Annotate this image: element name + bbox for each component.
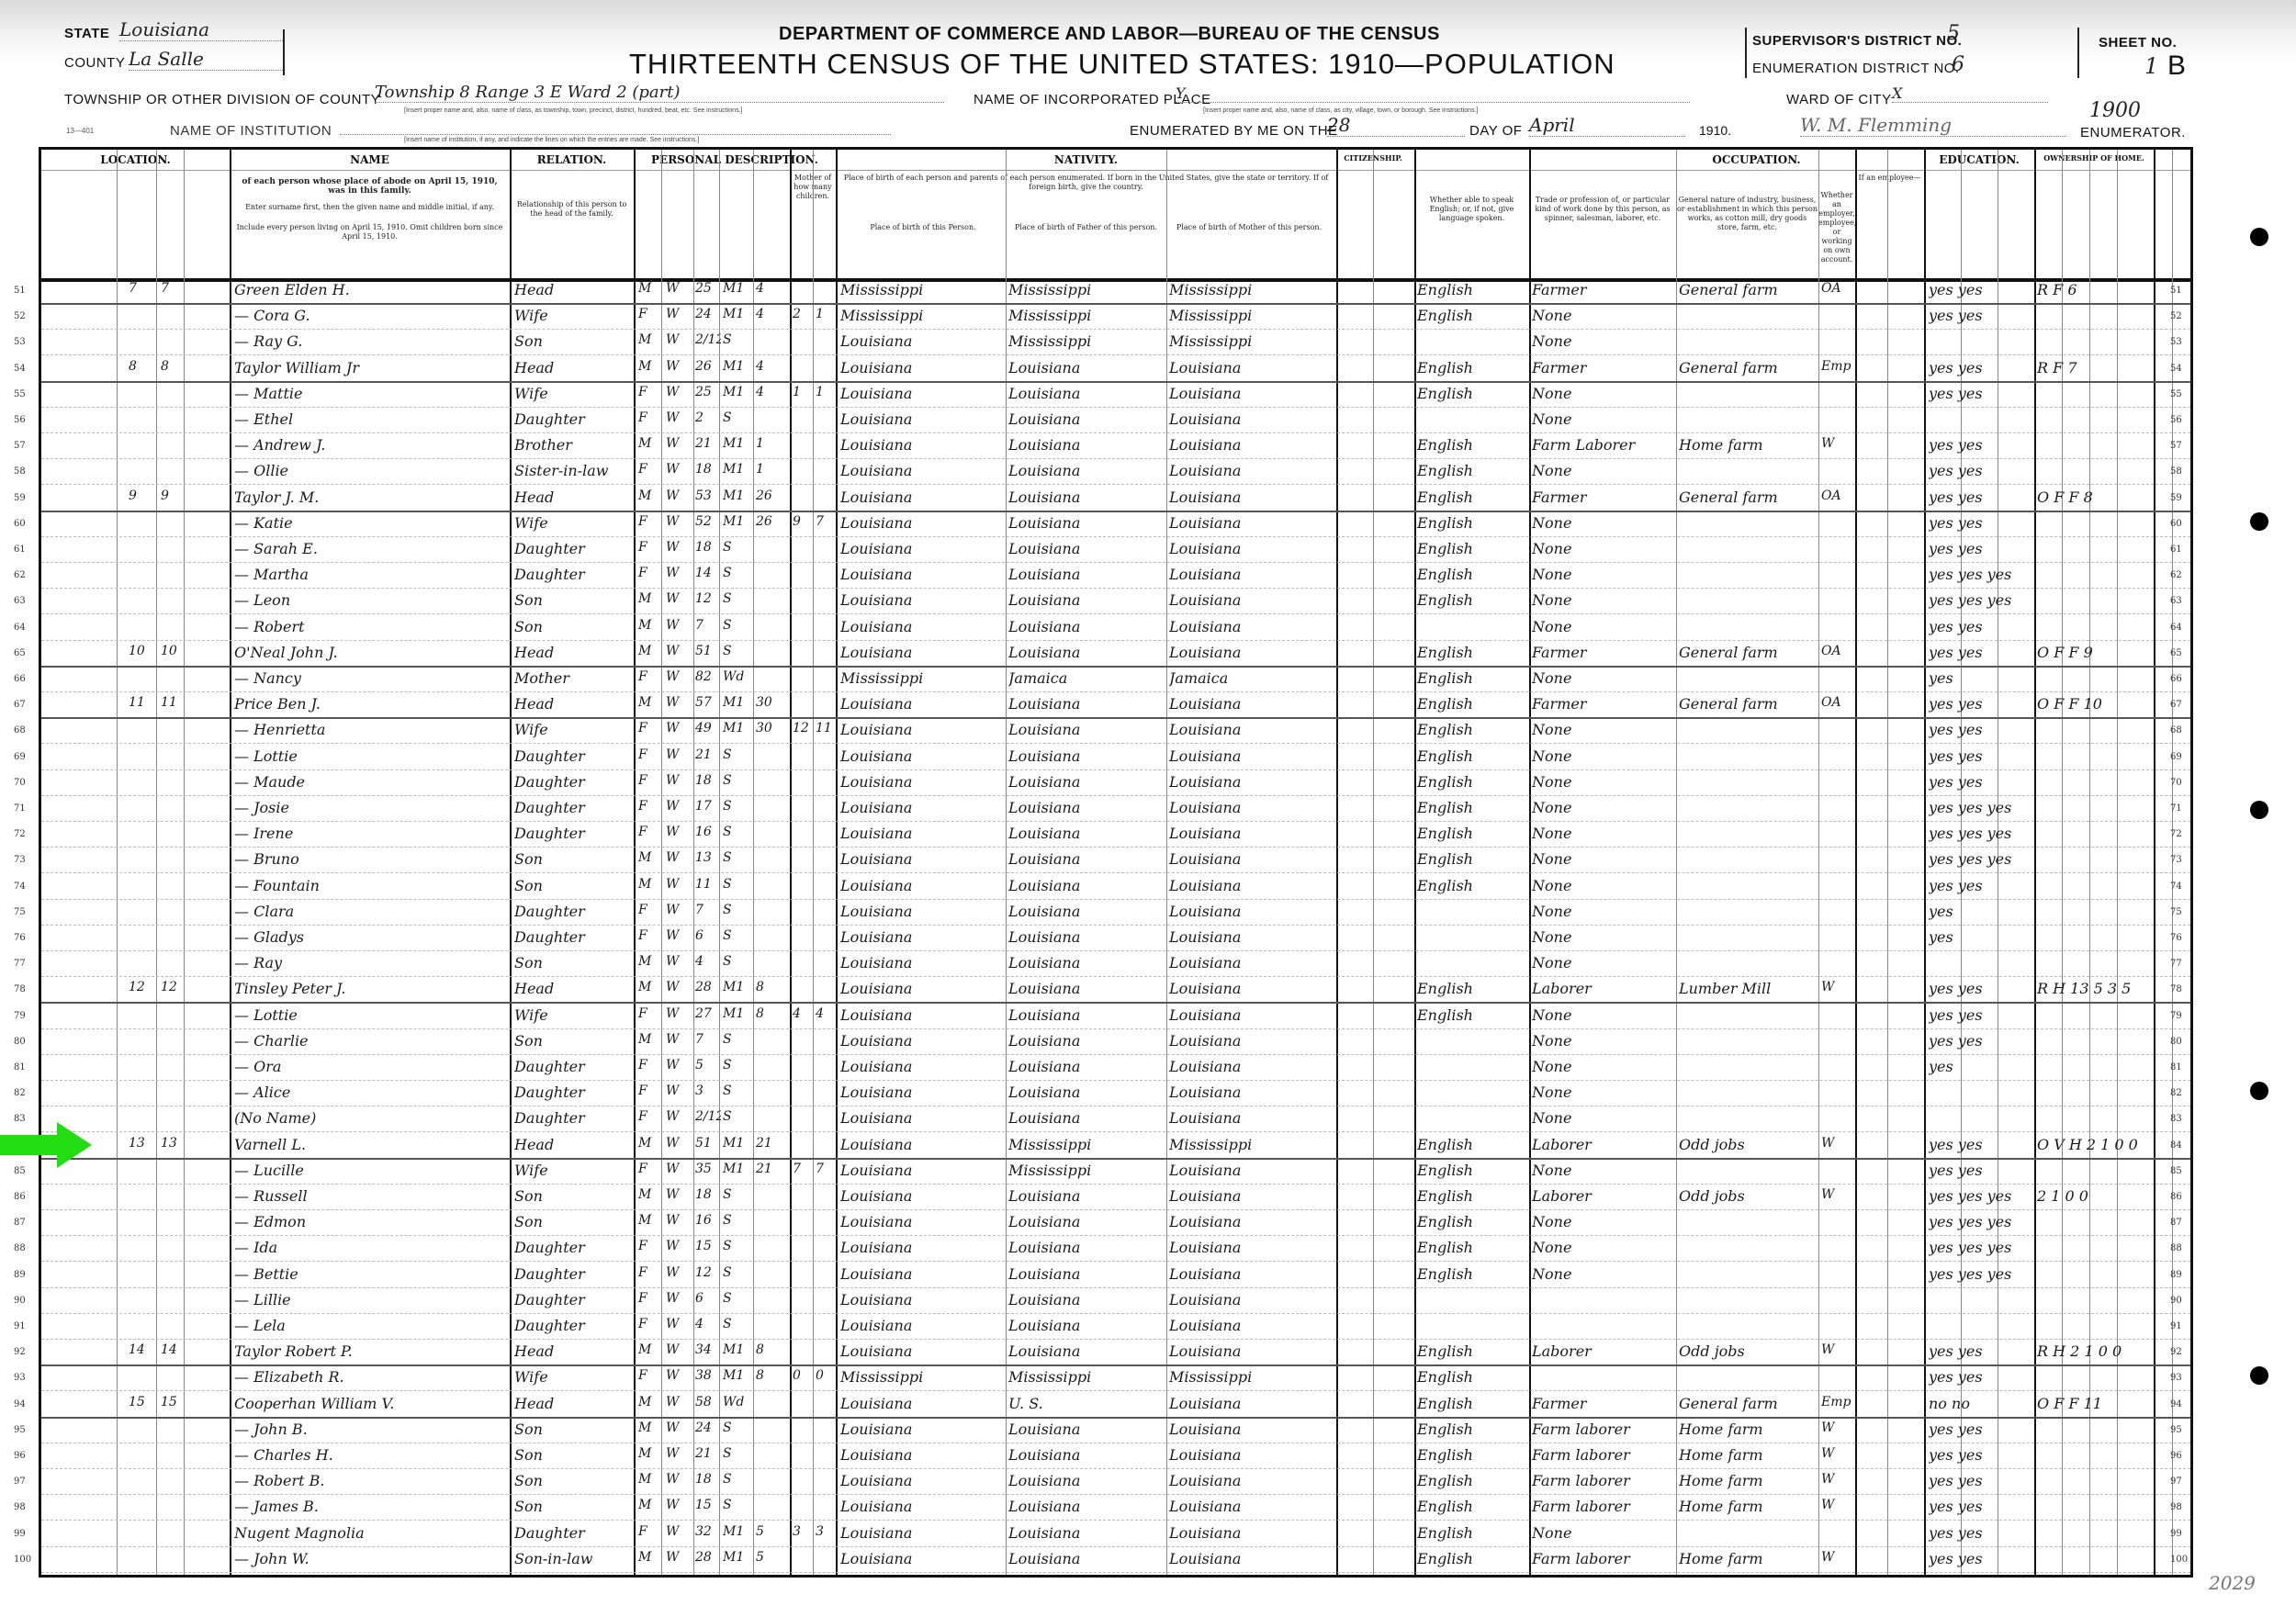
cell-edu: yes yes [1929,721,2032,738]
form-number: 13—401 [66,127,94,135]
cell-name: — Martha [234,566,510,583]
cell-name: — Ollie [234,462,510,479]
cell-lang: English [1417,359,1527,376]
section-occupation: OCCUPATION. [1529,153,1984,166]
cell-sex: F [638,566,660,580]
cell-edu: yes yes [1929,644,2032,661]
cell-own: R F 6 [2037,281,2155,298]
cell-trade: None [1532,618,1674,635]
cell-edu: yes yes [1929,488,2032,506]
cell-mbp: Louisiana [1169,488,1334,506]
cell-bp: Louisiana [840,1446,1004,1464]
district-brace [1745,28,1747,78]
employer-desc: Whether an employer, employee, or workin… [1818,191,1855,264]
line-number: 96 [2170,1451,2182,1461]
cell-name: — Ida [234,1239,510,1256]
cell-bp: Louisiana [840,514,1004,532]
section-location: LOCATION. [41,153,230,166]
cell-edu: yes yes yes [1929,825,2032,842]
cell-fbp: Louisiana [1008,1472,1165,1489]
cell-bp: Louisiana [840,721,1004,738]
line-number: 98 [2170,1502,2182,1512]
cell-ind: Lumber Mill [1679,980,1817,997]
cell-trade: None [1532,385,1674,402]
cell-bp: Louisiana [840,410,1004,428]
cell-yrs: 4 [756,385,787,399]
table-row: 7272— IreneDaughterFW16SLouisianaLouisia… [41,822,2190,848]
cell-fbp: Louisiana [1008,1317,1165,1334]
line-number: 65 [14,648,26,658]
cell-race: W [666,799,692,814]
cell-emp: W [1821,1498,1854,1512]
cell-emp: OA [1821,488,1854,503]
line-number: 58 [2170,466,2182,477]
cell-name: O'Neal John J. [234,644,510,661]
cell-trade: None [1532,540,1674,557]
cell-fam: 10 [161,644,183,658]
table-row: 545488Taylor William JrHeadMW26M14Louisi… [41,356,2190,383]
cell-age: 49 [695,721,721,736]
table-row: 8181— OraDaughterFW5SLouisianaLouisianaL… [41,1055,2190,1081]
cell-lang: English [1417,1162,1527,1179]
cell-emp: W [1821,1342,1854,1357]
line-number: 60 [2170,519,2182,529]
cell-edu: yes yes [1929,773,2032,791]
cell-ms: M1 [723,980,752,994]
cell-trade: None [1532,799,1674,816]
cell-lang: English [1417,1446,1527,1464]
cell-lang: English [1417,980,1527,997]
cell-fbp: Mississippi [1008,332,1165,350]
line-number: 66 [14,674,26,684]
name-desc: of each person whose place of abode on A… [234,177,505,196]
cell-ms: S [723,1058,752,1072]
cell-edu: yes yes [1929,1420,2032,1438]
cell-bp: Louisiana [840,488,1004,506]
cell-fbp: Louisiana [1008,954,1165,971]
cell-ms: M1 [723,514,752,529]
cell-name: Taylor J. M. [234,488,510,506]
township-value: Township 8 Range 3 E Ward 2 (part) [375,83,944,103]
cell-ind: General farm [1679,1395,1817,1412]
line-number: 69 [14,752,26,762]
line-number: 75 [14,907,26,917]
cell-rel: Daughter [514,566,632,583]
cell-trade: Farmer [1532,1395,1674,1412]
cell-age: 58 [695,1395,721,1409]
cell-race: W [666,877,692,892]
birth-mother-desc: Place of birth of Mother of this person. [1166,223,1332,232]
cell-rel: Son [514,1446,632,1464]
table-row: 8282— AliceDaughterFW3SLouisianaLouisian… [41,1081,2190,1106]
cell-rel: Head [514,980,632,997]
state-label: STATE [64,26,109,41]
section-nativity: NATIVITY. [836,153,1336,166]
cell-name: — Robert [234,618,510,635]
line-number: 92 [14,1347,26,1357]
cell-bp: Louisiana [840,359,1004,376]
cell-fbp: Louisiana [1008,514,1165,532]
cell-bp: Mississippi [840,281,1004,298]
punch-hole-icon [2250,228,2268,246]
cell-fbp: Louisiana [1008,695,1165,713]
cell-ind: General farm [1679,644,1817,661]
cell-yrs: 5 [756,1524,787,1539]
cell-edu: yes yes yes [1929,850,2032,868]
cell-name: Nugent Magnolia [234,1524,510,1542]
line-number: 81 [14,1062,26,1072]
line-number: 68 [2170,725,2182,736]
cell-sex: M [638,850,660,865]
cell-sex: F [638,307,660,321]
cell-trade: Farmer [1532,359,1674,376]
cell-race: W [666,1291,692,1306]
cell-age: 6 [695,928,721,943]
cell-lang: English [1417,591,1527,609]
cell-edu: yes yes yes [1929,591,2032,609]
line-number: 86 [14,1192,26,1202]
line-number: 82 [2170,1088,2182,1098]
cell-lang: English [1417,436,1527,454]
cell-mbp: Louisiana [1169,1109,1334,1127]
cell-mbp: Louisiana [1169,1498,1334,1515]
cell-bp: Louisiana [840,1187,1004,1205]
enumerated-month: April [1529,114,1685,137]
cell-rel: Son [514,850,632,868]
cell-fam: 11 [161,695,183,710]
ward-value: X [1892,84,2048,103]
cell-lang: English [1417,540,1527,557]
cell-name: — Lillie [234,1291,510,1308]
cell-ind: Home farm [1679,1420,1817,1438]
cell-age: 14 [695,566,721,580]
cell-sex: F [638,1239,660,1253]
cell-fbp: Louisiana [1008,644,1165,661]
cell-ms: S [723,540,752,555]
cell-sex: F [638,385,660,399]
cell-dw: 11 [129,695,154,710]
cell-fbp: Louisiana [1008,1032,1165,1050]
line-number: 55 [2170,389,2182,399]
cell-born: 1 [793,385,813,399]
cell-name: — James B. [234,1498,510,1515]
cell-ms: M1 [723,1550,752,1565]
cell-lang: English [1417,488,1527,506]
cell-mbp: Louisiana [1169,540,1334,557]
cell-edu: yes yes yes [1929,1265,2032,1283]
cell-lang: English [1417,799,1527,816]
cell-mbp: Louisiana [1169,1084,1334,1101]
cell-ms: S [723,1213,752,1228]
cell-trade: None [1532,566,1674,583]
cell-sex: M [638,1395,660,1409]
cell-age: 57 [695,695,721,710]
cell-sex: F [638,721,660,736]
cell-ms: S [723,566,752,580]
cell-lang: English [1417,1420,1527,1438]
cell-ind: Home farm [1679,1472,1817,1489]
cell-rel: Daughter [514,1291,632,1308]
cell-fbp: Louisiana [1008,721,1165,738]
line-number: 54 [14,364,26,374]
cell-name: — Andrew J. [234,436,510,454]
cell-mbp: Louisiana [1169,850,1334,868]
cell-sex: F [638,903,660,917]
cell-edu: yes [1929,928,2032,946]
cell-race: W [666,1420,692,1435]
cell-yrs: 8 [756,1342,787,1357]
cell-yrs: 30 [756,695,787,710]
cell-ind: Home farm [1679,1498,1817,1515]
cell-ms: S [723,799,752,814]
line-number: 91 [2170,1321,2182,1331]
cell-ms: S [723,1317,752,1331]
cell-age: 21 [695,1446,721,1461]
table-row: 6161— Sarah E.DaughterFW18SLouisianaLoui… [41,537,2190,563]
line-number: 51 [14,286,26,296]
cell-race: W [666,1265,692,1280]
table-row: 6868— HenriettaWifeFW49M1301211Louisiana… [41,718,2190,744]
cell-edu: yes yes [1929,385,2032,402]
cell-sex: F [638,514,660,529]
cell-living: 1 [816,307,834,321]
cell-yrs: 4 [756,281,787,296]
cell-bp: Louisiana [840,1395,1004,1412]
cell-age: 12 [695,591,721,606]
cell-race: W [666,721,692,736]
cell-name: Green Elden H. [234,281,510,298]
sheet-side: B [2167,51,2186,82]
table-row: 9797— Robert B.SonMW18SLouisianaLouisian… [41,1469,2190,1495]
cell-rel: Daughter [514,928,632,946]
cell-race: W [666,566,692,580]
table-row: 7474— FountainSonMW11SLouisianaLouisiana… [41,874,2190,900]
cell-name: — Mattie [234,385,510,402]
cell-ms: S [723,1265,752,1280]
cell-yrs: 5 [756,1550,787,1565]
cell-fbp: Louisiana [1008,1265,1165,1283]
cell-edu: yes yes [1929,618,2032,635]
cell-sex: M [638,1213,660,1228]
cell-sex: F [638,747,660,762]
cell-fbp: Louisiana [1008,877,1165,894]
cell-yrs: 1 [756,462,787,477]
cell-ms: M1 [723,695,752,710]
cell-lang: English [1417,825,1527,842]
cell-age: 21 [695,747,721,762]
cell-ms: S [723,1084,752,1098]
cell-sex: F [638,1162,660,1176]
enumerated-day: 28 [1327,114,1465,137]
cell-race: W [666,385,692,399]
cell-bp: Louisiana [840,1420,1004,1438]
cell-edu: yes yes [1929,1524,2032,1542]
line-number: 95 [14,1425,26,1435]
cell-edu: yes yes [1929,514,2032,532]
cell-sex: F [638,462,660,477]
cell-fbp: Louisiana [1008,1524,1165,1542]
cell-bp: Louisiana [840,1550,1004,1567]
cell-yrs: 1 [756,436,787,451]
cell-bp: Louisiana [840,1162,1004,1179]
cell-ms: S [723,877,752,892]
line-number: 72 [2170,829,2182,839]
cell-born: 3 [793,1524,813,1539]
cell-edu: yes yes [1929,1446,2032,1464]
cell-rel: Son-in-law [514,1550,632,1567]
line-number: 89 [2170,1270,2182,1280]
cell-race: W [666,1006,692,1021]
institution-label: NAME OF INSTITUTION [170,123,332,139]
line-number: 56 [14,415,26,425]
cell-age: 4 [695,954,721,969]
cell-lang: English [1417,1342,1527,1360]
cell-living: 1 [816,385,834,399]
cell-lang: English [1417,721,1527,738]
cell-age: 16 [695,825,721,839]
cell-trade: None [1532,903,1674,920]
cell-trade: None [1532,1006,1674,1024]
cell-mbp: Louisiana [1169,954,1334,971]
cell-bp: Louisiana [840,1213,1004,1230]
cell-sex: M [638,954,660,969]
line-number: 74 [14,881,26,892]
table-row: 7777— RaySonMW4SLouisianaLouisianaLouisi… [41,951,2190,977]
cell-race: W [666,954,692,969]
cell-rel: Head [514,644,632,661]
cell-rel: Wife [514,385,632,402]
line-number: 100 [14,1555,31,1565]
line-number: 51 [2170,286,2182,296]
cell-bp: Louisiana [840,436,1004,454]
line-number: 57 [14,441,26,451]
cell-rel: Daughter [514,540,632,557]
cell-rel: Head [514,1395,632,1412]
cell-mbp: Mississippi [1169,1136,1334,1153]
cell-age: 7 [695,1032,721,1047]
cell-name: — Ethel [234,410,510,428]
cell-name: — Charles H. [234,1446,510,1464]
cell-ind: Home farm [1679,1550,1817,1567]
cell-fbp: Louisiana [1008,928,1165,946]
cell-fam: 9 [161,488,183,503]
cell-rel: Son [514,1420,632,1438]
cell-fbp: Mississippi [1008,1136,1165,1153]
cell-rel: Son [514,954,632,971]
cell-lang: English [1417,1239,1527,1256]
cell-bp: Louisiana [840,695,1004,713]
enumerated-label: ENUMERATED BY ME ON THE [1130,123,1338,139]
line-number: 63 [2170,596,2182,606]
cell-edu: yes yes [1929,1550,2032,1567]
line-number: 64 [14,623,26,633]
cell-mbp: Louisiana [1169,1032,1334,1050]
line-number: 93 [2170,1373,2182,1383]
cell-mbp: Louisiana [1169,644,1334,661]
cell-edu: yes yes [1929,540,2032,557]
cell-mbp: Mississippi [1169,281,1334,298]
cell-trade: None [1532,850,1674,868]
birth-father-desc: Place of birth of Father of this person. [1006,223,1166,232]
cell-fbp: Louisiana [1008,540,1165,557]
footer-number: 2029 [2209,1572,2256,1594]
cell-ms: S [723,1472,752,1487]
cell-name: — Bettie [234,1265,510,1283]
cell-race: W [666,644,692,658]
cell-name: — Russell [234,1187,510,1205]
cell-lang: English [1417,1213,1527,1230]
cell-fbp: Louisiana [1008,1058,1165,1075]
cell-mbp: Mississippi [1169,332,1334,350]
cell-bp: Louisiana [840,1239,1004,1256]
cell-age: 38 [695,1368,721,1383]
cell-trade: None [1532,332,1674,350]
cell-living: 4 [816,1006,834,1021]
cell-trade: None [1532,928,1674,946]
cell-ms: S [723,1187,752,1202]
cell-ms: Wd [723,1395,752,1409]
header-brace [283,29,285,75]
cell-sex: M [638,1446,660,1461]
cell-rel: Daughter [514,1084,632,1101]
cell-sex: F [638,928,660,943]
cell-bp: Louisiana [840,1317,1004,1334]
cell-sex: M [638,1498,660,1512]
trade-desc: Trade or profession of, or particular ki… [1534,196,1671,223]
cell-lang: English [1417,514,1527,532]
cell-trade: None [1532,1032,1674,1050]
cell-ms: M1 [723,1162,752,1176]
cell-rel: Wife [514,307,632,324]
cell-rel: Daughter [514,1239,632,1256]
cell-fam: 14 [161,1342,183,1357]
cell-bp: Louisiana [840,773,1004,791]
cell-rel: Head [514,281,632,298]
line-number: 87 [14,1218,26,1228]
stamp-number: 1900 [2089,99,2141,122]
table-row: 595999Taylor J. M.HeadMW53M126LouisianaL… [41,486,2190,512]
cell-trade: None [1532,591,1674,609]
cell-sex: M [638,1187,660,1202]
cell-fbp: Louisiana [1008,488,1165,506]
cell-born: 2 [793,307,813,321]
cell-age: 18 [695,1472,721,1487]
cell-yrs: 26 [756,514,787,529]
cell-bp: Louisiana [840,385,1004,402]
cell-lang: English [1417,695,1527,713]
table-row: 100100— John W.Son-in-lawMW28M15Louisian… [41,1547,2190,1573]
cell-ms: S [723,1239,752,1253]
birth-person-desc: Place of birth of this Person. [840,223,1006,232]
cell-fbp: Louisiana [1008,1498,1165,1515]
cell-mbp: Louisiana [1169,410,1334,428]
cell-name: Taylor Robert P. [234,1342,510,1360]
line-number: 87 [2170,1218,2182,1228]
line-number: 59 [2170,493,2182,503]
cell-race: W [666,1084,692,1098]
line-number: 73 [14,855,26,865]
cell-trade: None [1532,669,1674,687]
cell-name: — Ray [234,954,510,971]
line-number: 59 [14,493,26,503]
cell-mbp: Louisiana [1169,980,1334,997]
line-number: 98 [14,1502,26,1512]
cell-bp: Louisiana [840,1342,1004,1360]
table-row: 7979— LottieWifeFW27M1844LouisianaLouisi… [41,1004,2190,1029]
cell-rel: Mother [514,669,632,687]
table-row: 8989— BettieDaughterFW12SLouisianaLouisi… [41,1263,2190,1288]
line-number: 52 [14,311,26,321]
